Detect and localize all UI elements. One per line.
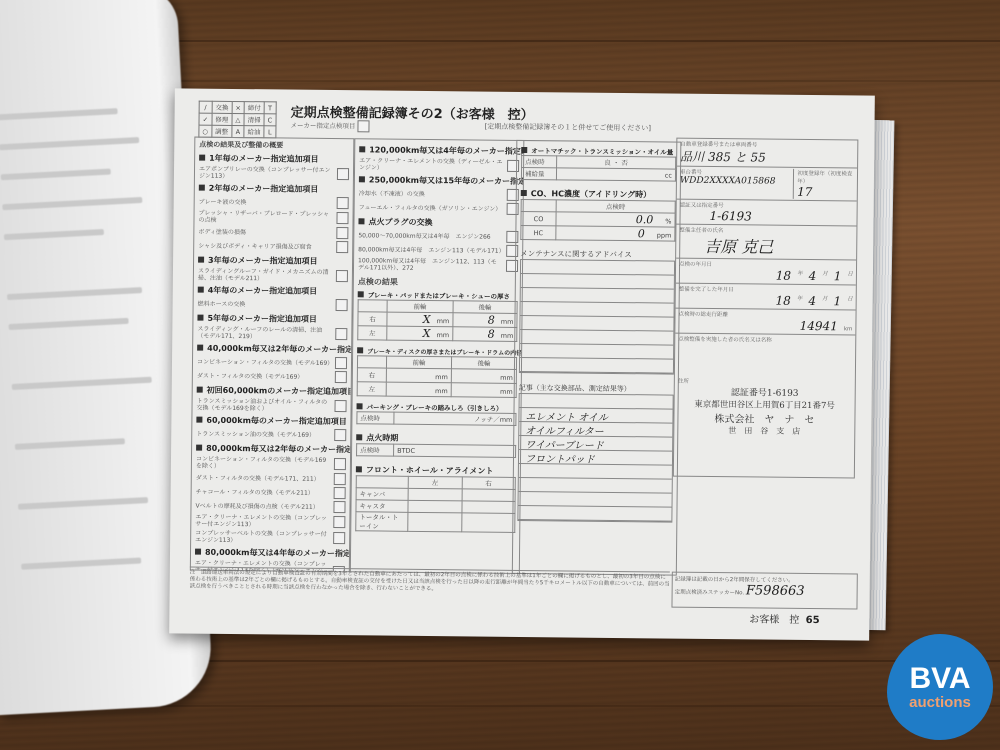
checkbox[interactable] (357, 120, 369, 132)
section-heading: 80,000km毎又は4年毎のメーカー指定追加項目 (195, 547, 345, 560)
checklist-item: 100,000km毎又は4年毎 エンジン112、113（モデル171以外）、27… (358, 257, 518, 273)
section-heading: 80,000km毎又は2年毎のメーカー指定追加項目 (196, 443, 346, 456)
section-heading: 40,000km毎又は2年毎のメーカー指定追加項目 (197, 343, 347, 356)
notes-line (518, 506, 671, 522)
page-number: 65 (806, 615, 820, 626)
checklist-item: シャシ及びボディ・キャリア損傷及び腐食 (198, 240, 348, 254)
checkbox[interactable] (333, 501, 345, 513)
checklist-item: コンプレッサーベルトの交換（コンプレッサー付エンジン113） (195, 530, 345, 546)
co-hc-table: 点検時CO0.0%HC0ppm (520, 199, 675, 242)
section-heading: 250,000km毎又は15年毎のメーカー指定追加項目 (359, 174, 519, 187)
parking-brake-title: パーキング・ブレーキの踏みしろ（引きしろ） (367, 403, 503, 412)
completion-date: 18年 4月 1日 (679, 293, 853, 309)
checkbox[interactable] (334, 473, 346, 485)
wheel-alignment-table: 左右キャンバキャスタトータル・トーイン (355, 475, 516, 533)
maker-label: メーカー指定点検項目 (290, 120, 369, 133)
inspection-date: 18年 4月 1日 (679, 268, 853, 284)
brake-pad-title: ブレーキ・パッドまたはブレーキ・シューの厚さ (368, 291, 510, 300)
overview-column: 点検の結果及び整備の概要 1年毎のメーカー指定追加項目エアポンプリレーの交換（コ… (190, 137, 355, 573)
checklist-item: コンビネーション・フィルタの交換（モデル169を除く） (196, 456, 346, 472)
ignition-timing-table: 点検時 BTDC (356, 443, 516, 458)
advice-title: メンテナンスに関するアドバイス (520, 248, 675, 261)
notes-title: 記事（主な交換部品、測定結果等） (519, 383, 674, 395)
notes-lines: エレメント オイルオイルフィルターワイパーブレードフロントパッド (517, 393, 673, 523)
checklist-item: チャコール・フィルタの交換（モデル211） (196, 486, 346, 500)
section-heading: 5年毎のメーカー指定追加項目 (197, 313, 347, 326)
wheel-alignment-title: フロント・ホイール・アライメント (366, 465, 494, 475)
atf-table: 点検時良 ・ 否補給量cc (521, 155, 676, 182)
checkbox[interactable] (334, 487, 346, 499)
checklist-item: エアポンプリレーの交換（コンプレッサー付エンジン113） (199, 166, 349, 182)
checkbox[interactable] (336, 227, 348, 239)
section-heading: 60,000km毎のメーカー指定追加項目 (196, 415, 346, 428)
checkbox[interactable] (335, 328, 347, 340)
dealer-stamp: 認証番号1-6193 東京都世田谷区上用賀6丁目21番7号 株式会社 ヤ ナ セ… (677, 385, 852, 438)
checkbox[interactable] (337, 168, 349, 180)
bva-auctions-logo: BVA auctions (887, 634, 993, 740)
checkbox[interactable] (337, 197, 349, 209)
checklist-item: スライディングルーフ・ガイド・メカニズムの清掃、注油（モデル211） (198, 268, 348, 284)
table-row: 左mmmm (357, 382, 516, 398)
mileage: 14941 (800, 319, 838, 333)
middle-column: 120,000km毎又は4年毎のメーカー指定追加項目エア・クリーナ・エレメントの… (350, 138, 525, 574)
certification-number: 1-6193 (679, 209, 853, 225)
checklist-item: ダスト・フィルタの交換（モデル171、211） (196, 472, 346, 486)
checkbox[interactable] (336, 299, 348, 311)
advice-lines (519, 259, 675, 375)
registration-number: 品川 385 と 55 (680, 148, 854, 167)
checklist-item: 冷却水（不凍液）の交換 (359, 187, 519, 201)
brake-disc-table: 前輪後輪右mmmm左mmmm (357, 355, 517, 398)
checklist-item: プレッシャ・リザーバ・プレロード・プレッシャの点検 (198, 210, 348, 226)
checkbox[interactable] (333, 516, 345, 528)
checklist-item: コンビネーション・フィルタの交換（モデル169） (197, 356, 347, 370)
record-page: /交換×締付T✓修理△清掃C○調整A給油L 定期点検整備記録簿その2（お客様 控… (169, 88, 875, 640)
section-heading: 120,000km毎又は4年毎のメーカー指定追加項目 (359, 144, 519, 157)
section-heading: 点火プラグの交換 (358, 216, 518, 229)
checklist-item: ダスト・フィルタの交換（モデル169） (197, 370, 347, 384)
footnote: 注 道路運送車両法の規定により自動車検査証の有効期間を3年とされた自動車にあたっ… (190, 567, 670, 596)
section-heading: 2年毎のメーカー指定追加項目 (199, 183, 349, 196)
table-row: 左Xmm8mm (358, 326, 517, 342)
checkbox[interactable] (336, 241, 348, 253)
section-heading: 4年毎のメーカー指定追加項目 (198, 285, 348, 298)
checklist-item: トランスミッション油およびオイル・フィルタの交換（モデル169を除く） (196, 398, 346, 414)
ignition-timing-title: 点火時期 (366, 433, 398, 442)
checklist-item: Vベルトの摩耗及び損傷の点検（モデル211） (195, 500, 345, 514)
sticker-number: F598663 (746, 583, 805, 599)
checkbox[interactable] (334, 400, 346, 412)
measurement-column: オートマチック・トランスミッション・オイル量 点検時良 ・ 否補給量cc CO、… (512, 140, 682, 576)
checklist-item: スライディング・ルーフのレールの清掃、注油（モデル171、219） (197, 326, 347, 342)
parking-brake-table: 点検時 ノッチ／mm (356, 411, 516, 426)
notes-line: フロントパッド (519, 450, 672, 466)
overview-heading: 点検の結果及び整備の概要 (199, 140, 349, 152)
checkbox[interactable] (336, 212, 348, 224)
atf-title: オートマチック・トランスミッション・オイル量 (531, 147, 673, 156)
checklist-item: トランスミッション油の交換（モデル169） (196, 428, 346, 442)
checklist-item: エア・クリーナ・エレメントの交換（ディーゼル・エンジン） (359, 157, 519, 173)
checklist-item: エア・クリーナ・エレメントの交換（コンプレッサー付エンジン113） (195, 514, 345, 530)
section-heading: 1年毎のメーカー指定追加項目 (199, 153, 349, 166)
first-registration-year: 17 (797, 185, 854, 200)
checkbox[interactable] (333, 532, 345, 544)
checklist-item: ボディ塗装の損傷 (198, 226, 348, 240)
checkbox[interactable] (334, 429, 346, 441)
checkbox[interactable] (334, 458, 346, 470)
table-row: トータル・トーイン (356, 512, 515, 533)
checklist-item: フューエル・フィルタの交換（ガソリン・エンジン） (359, 201, 519, 215)
results-heading: 点検の結果 (358, 276, 518, 289)
legend-table: /交換×締付T✓修理△清掃C○調整A給油L (198, 101, 276, 139)
checklist-item: 50,000〜70,000km毎又は4年毎 エンジン266 (358, 229, 518, 243)
checkbox[interactable] (335, 357, 347, 369)
chief-mechanic-name: 吉原 克己 (679, 234, 853, 259)
section-heading: 初回60,000kmのメーカー指定追加項目 (197, 385, 347, 398)
checklist-item: 80,000km毎又は4年毎 エンジン113（モデル171） (358, 243, 518, 257)
section-heading: 3年毎のメーカー指定追加項目 (198, 255, 348, 268)
checklist-item: 燃料ホースの交換 (198, 298, 348, 312)
title-note: [定期点検整備記録簿その１と併せてご使用ください] (484, 122, 651, 134)
checkbox[interactable] (335, 371, 347, 383)
vehicle-info-box: 自動車登録番号または車両番号品川 385 と 55 車台番号WDD2XXXXA0… (673, 138, 859, 479)
chassis-number: WDD2XXXXA015868 (680, 176, 793, 187)
checkbox[interactable] (336, 270, 348, 282)
checklist-item: ブレーキ液の交換 (199, 196, 349, 210)
sticker-box: 記録簿は記載の日から2年間保存してください。 定期点検済みステッカーNo. F5… (671, 572, 857, 610)
page-footer: お客様 控 65 (749, 610, 819, 626)
brake-pad-table: 前輪後輪右Xmm8mm左Xmm8mm (357, 299, 517, 342)
co-hc-title: CO、HC濃度（アイドリング時） (531, 189, 651, 199)
